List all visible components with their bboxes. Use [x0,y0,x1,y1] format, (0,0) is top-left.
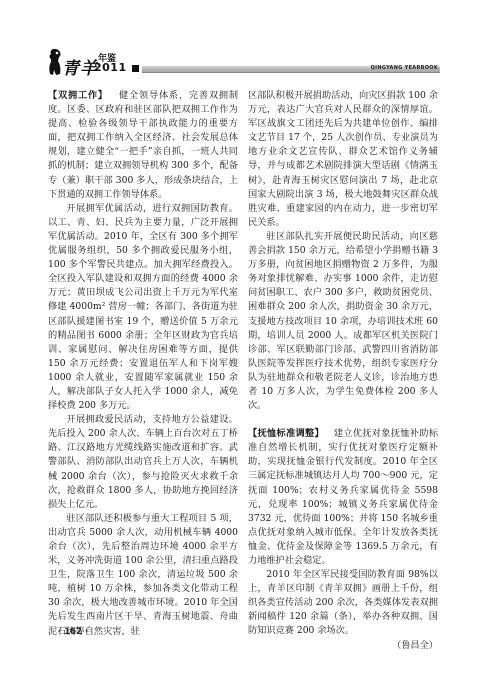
left-column: 【双拥工作】 健全领导体系，完善双拥制度。区委、区政府和驻区部队把双拥工作作为提… [48,89,238,639]
paragraph: 区部队积极开展捐助活动，向灾区捐款 100 余万元，表达广大官兵对人民群众的深情… [248,89,438,230]
section-heading: 【抚恤标准调整】 [248,428,324,439]
header-rule [142,72,440,73]
header-english-title: QINGYANG YEARBOOK [371,65,438,71]
right-column: 区部队积极开展捐助活动，向灾区捐款 100 余万元，表达广大官兵对人民群众的深情… [248,89,438,653]
header-square-mark [132,65,139,72]
paragraph: 【抚恤标准调整】 建立优抚对象抚恤补助标准自然增长机制，实行优抚对象医疗定额补助… [248,427,438,568]
paragraph-text: 建立优抚对象抚恤补助标准自然增长机制，实行优抚对象医疗定额补助，实现抚恤金银行代… [248,428,438,566]
section-heading: 【双拥工作】 [48,90,108,101]
ram-logo-icon [48,48,62,76]
paragraph: 开展拥政爱民活动，支持地方公益建设。先后投入 200 余人次、车辆上百台次对五丁… [48,413,238,512]
logo-year: 2011 [94,61,127,74]
section-gap [248,413,438,427]
paragraph-text: 健全领导体系，完善双拥制度。区委、区政府和驻区部队把双拥工作作为提高、检验各级领… [48,90,238,200]
logo-text: 青羊 [62,54,98,79]
page-header: 青羊 年鉴 2011 QINGYANG YEARBOOK [48,48,440,80]
paragraph: 【双拥工作】 健全领导体系，完善双拥制度。区委、区政府和驻区部队把双拥工作作为提… [48,89,238,202]
paragraph: 开展拥军优属活动，进行双拥国防教育。以工、青、妇、民兵为主要力量，广泛开展拥军优… [48,202,238,413]
paragraph: 驻区部队扎实开展便民助民活动，向区慈善会捐款 150 余万元，给希望小学捐赠书籍… [248,230,438,413]
page-number: · 162 · [58,627,88,637]
paragraph: 驻区部队还积极参与重大工程项目 5 项，出动官兵 5000 余人次，动用机械车辆… [48,512,238,639]
author-credit: （鲁昌全） [248,639,438,653]
paragraph: 2010 年全区军民接受国防教育面 98%以上，青羊区印制《青羊双拥》画册上千份… [248,568,438,638]
